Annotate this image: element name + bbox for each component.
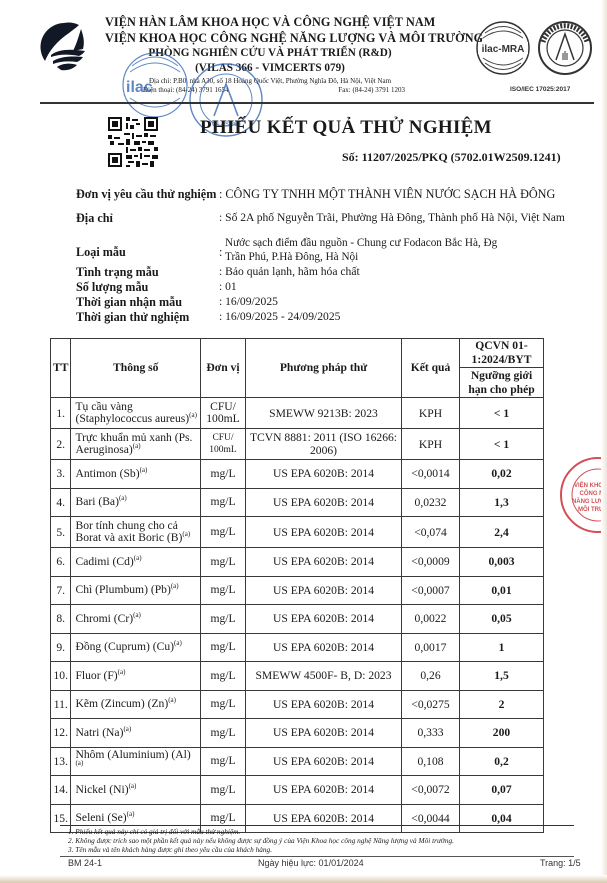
- cell-method-text: TCVN 8881: 2011 (ISO 16266: 2006): [250, 431, 397, 457]
- cell-result: KPH: [402, 398, 460, 429]
- col-header-unit: Đơn vị: [201, 339, 246, 398]
- cell-limit-text: 1,3: [494, 496, 509, 509]
- cell-method: US EPA 6020B: 2014: [246, 690, 402, 719]
- cell-param: Kẽm (Zincum) (Zn)(a): [71, 690, 201, 719]
- cell-result: <0,0014: [402, 460, 460, 489]
- cell-param-text: Chromi (Cr): [75, 612, 133, 625]
- accreditation-mark: (a): [134, 554, 142, 562]
- col-header-method: Phương pháp thử: [246, 339, 402, 398]
- cell-method: US EPA 6020B: 2014: [246, 548, 402, 577]
- cell-unit: mg/L: [201, 460, 246, 489]
- accreditation-mark: (a): [123, 725, 131, 733]
- cell-tt-text: 4.: [56, 496, 65, 509]
- cell-tt-text: 1.: [56, 407, 65, 420]
- footnote-1: 1. Phiếu kết quả này chỉ có giá trị đối …: [68, 827, 454, 836]
- cell-method-text: US EPA 6020B: 2014: [273, 526, 374, 539]
- cell-method: US EPA 6020B: 2014: [246, 633, 402, 662]
- report-number: Số: 11207/2025/PKQ (5702.01W2509.1241): [342, 150, 561, 165]
- cell-limit: 2: [460, 690, 544, 719]
- cell-method: US EPA 6020B: 2014: [246, 460, 402, 489]
- cell-result: 0,108: [402, 747, 460, 776]
- table-row: 7.Chì (Plumbum) (Pb)(a)mg/LUS EPA 6020B:…: [51, 576, 544, 605]
- cell-param-text: Cadimi (Cd): [75, 555, 133, 568]
- table-row: 2.Trực khuẩn mủ xanh (Ps. Aeruginosa)(a)…: [51, 429, 544, 460]
- accreditation-mark: (a): [189, 411, 197, 419]
- cell-limit: < 1: [460, 398, 544, 429]
- condition-value: : Bảo quản lạnh, hãm hóa chất: [219, 265, 360, 278]
- table-row: 4.Bari (Ba)(a)mg/LUS EPA 6020B: 20140,02…: [51, 488, 544, 517]
- cell-tt: 1.: [51, 398, 71, 429]
- cell-param: Cadimi (Cd)(a): [71, 548, 201, 577]
- cell-result: 0,333: [402, 719, 460, 748]
- cell-method-text: US EPA 6020B: 2014: [273, 698, 374, 711]
- cell-unit: mg/L: [201, 605, 246, 634]
- cell-limit-text: 2: [499, 698, 505, 711]
- cell-limit: 1: [460, 633, 544, 662]
- cell-unit: mg/L: [201, 488, 246, 517]
- cell-unit: CFU/ 100mL: [201, 429, 246, 460]
- cell-unit: mg/L: [201, 517, 246, 548]
- form-code: BM 24-1: [68, 858, 102, 868]
- cell-method-text: US EPA 6020B: 2014: [273, 755, 374, 768]
- cell-unit-text: mg/L: [210, 640, 235, 653]
- institute-logo-icon: [39, 21, 89, 73]
- col-header-tt: TT: [51, 339, 71, 398]
- cell-result: <0,0007: [402, 576, 460, 605]
- footer-divider: [60, 825, 574, 826]
- cell-unit: mg/L: [201, 690, 246, 719]
- cell-limit: 0,003: [460, 548, 544, 577]
- cell-limit-text: 1,5: [494, 669, 509, 682]
- cell-result-text: <0,0072: [411, 783, 449, 796]
- cell-tt-text: 7.: [56, 584, 65, 597]
- cell-param-text: Tụ cầu vàng (Staphylococcus aureus): [75, 400, 189, 426]
- svg-text:ilac: ilac: [126, 79, 153, 96]
- cell-tt-text: 10.: [53, 669, 68, 682]
- page-edge-shadow: [601, 0, 607, 883]
- cell-method: SMEWW 4500F- B, D: 2023: [246, 662, 402, 691]
- cell-param: Bor tính chung cho cả Borat và axit Bori…: [71, 517, 201, 548]
- page-number: Trang: 1/5: [540, 858, 581, 868]
- cell-tt-text: 11.: [54, 698, 68, 711]
- institute-red-stamp-icon: VIỆN KHOA HỌC CÔNG NGHỆ NĂNG LƯỢNG VÀ MÔ…: [558, 455, 607, 535]
- cell-tt: 6.: [51, 548, 71, 577]
- cell-limit-text: < 1: [494, 438, 509, 451]
- cell-unit-text: mg/L: [210, 525, 235, 538]
- cell-limit: 0,04: [460, 804, 544, 833]
- results-body: 1.Tụ cầu vàng (Staphylococcus aureus)(a)…: [51, 398, 544, 833]
- col-header-param: Thông số: [71, 339, 201, 398]
- requester-label: Đơn vị yêu cầu thử nghiệm: [76, 187, 216, 202]
- cell-result-text: <0,0009: [411, 555, 449, 568]
- cell-limit-text: 0,02: [491, 467, 511, 480]
- cell-unit-text: mg/L: [210, 495, 235, 508]
- address-label: Địa chỉ: [76, 211, 113, 226]
- cell-result-text: <0,0275: [411, 698, 449, 711]
- test-time-label: Thời gian thử nghiệm: [76, 310, 189, 325]
- iso-standard-label: ISO/IEC 17025:2017: [510, 86, 570, 93]
- sample-type-label: Loại mẫu: [76, 245, 126, 260]
- cell-tt-text: 6.: [56, 555, 65, 568]
- cell-limit-text: 0,05: [491, 612, 511, 625]
- test-time-value: : 16/09/2025 - 24/09/2025: [219, 310, 340, 323]
- cell-limit: 1,5: [460, 662, 544, 691]
- cell-limit-text: < 1: [494, 407, 509, 420]
- cell-unit: mg/L: [201, 662, 246, 691]
- cell-method: US EPA 6020B: 2014: [246, 488, 402, 517]
- cell-result: 0,0017: [402, 633, 460, 662]
- cell-method: US EPA 6020B: 2014: [246, 517, 402, 548]
- cell-limit: 0,2: [460, 747, 544, 776]
- accreditation-mark: (a): [140, 466, 148, 474]
- cell-tt: 4.: [51, 488, 71, 517]
- cell-method-text: SMEWW 4500F- B, D: 2023: [255, 669, 391, 682]
- cell-method-text: US EPA 6020B: 2014: [273, 496, 374, 509]
- cell-limit-text: 0,2: [494, 755, 509, 768]
- cell-method: US EPA 6020B: 2014: [246, 605, 402, 634]
- cell-tt: 10.: [51, 662, 71, 691]
- cell-param: Nickel (Ni)(a): [71, 776, 201, 805]
- cell-result: 0,0232: [402, 488, 460, 517]
- document-title: PHIẾU KẾT QUẢ THỬ NGHIỆM: [200, 117, 492, 139]
- received-value: : 16/09/2025: [219, 295, 278, 308]
- cell-limit: 2,4: [460, 517, 544, 548]
- cell-unit: mg/L: [201, 776, 246, 805]
- table-row: 3.Antimon (Sb)(a)mg/LUS EPA 6020B: 2014<…: [51, 460, 544, 489]
- cell-method-text: US EPA 6020B: 2014: [273, 584, 374, 597]
- cell-unit: mg/L: [201, 548, 246, 577]
- cell-result-text: <0,0014: [411, 467, 449, 480]
- cell-result: <0,0009: [402, 548, 460, 577]
- address-value: : Số 2A phố Nguyễn Trãi, Phường Hà Đông,…: [219, 211, 565, 224]
- sample-type-value: Nước sạch điểm đầu nguồn - Chung cư Foda…: [225, 236, 515, 264]
- cell-param: Natri (Na)(a): [71, 719, 201, 748]
- cell-param: Nhôm (Aluminium) (Al)(a): [71, 747, 201, 776]
- cell-result: KPH: [402, 429, 460, 460]
- cell-result-text: 0,0022: [415, 612, 447, 625]
- cell-tt: 7.: [51, 576, 71, 605]
- cell-param-text: Nhôm (Aluminium) (Al): [75, 748, 190, 761]
- cell-tt: 5.: [51, 517, 71, 548]
- cell-method: SMEWW 9213B: 2023: [246, 398, 402, 429]
- header-line-academy: VIỆN HÀN LÂM KHOA HỌC VÀ CÔNG NGHỆ VIỆT …: [105, 14, 435, 30]
- cell-param-text: Antimon (Sb): [75, 467, 139, 480]
- qr-code-icon: [108, 116, 158, 168]
- cell-param-text: Natri (Na): [75, 726, 123, 739]
- cell-param-text: Fluor (F): [75, 669, 117, 682]
- cell-tt: 2.: [51, 429, 71, 460]
- cell-result-text: KPH: [419, 438, 442, 451]
- cell-tt: 11.: [51, 690, 71, 719]
- cell-limit-text: 200: [493, 726, 510, 739]
- cell-method: US EPA 6020B: 2014: [246, 747, 402, 776]
- cell-limit: 0,07: [460, 776, 544, 805]
- cell-tt-text: 14.: [53, 783, 68, 796]
- cell-unit-text: mg/L: [210, 669, 235, 682]
- cell-tt: 13.: [51, 747, 71, 776]
- cell-limit-text: 2,4: [494, 526, 509, 539]
- received-label: Thời gian nhận mẫu: [76, 295, 182, 310]
- cell-result: <0,0275: [402, 690, 460, 719]
- cell-param: Bari (Ba)(a): [71, 488, 201, 517]
- cell-limit: 0,01: [460, 576, 544, 605]
- requester-value: : CÔNG TY TNHH MỘT THÀNH VIÊN NƯỚC SẠCH …: [219, 187, 555, 202]
- footnote-3: 3. Tên mẫu và tên khách hàng được ghi th…: [68, 845, 454, 854]
- cell-tt-text: 3.: [56, 467, 65, 480]
- cell-param: Tụ cầu vàng (Staphylococcus aureus)(a): [71, 398, 201, 429]
- cell-unit: mg/L: [201, 719, 246, 748]
- cell-param-text: Seleni (Se): [75, 811, 126, 824]
- header-divider: [40, 102, 594, 104]
- ilac-mra-logo-icon: ilac-MRA: [475, 20, 531, 76]
- cell-limit-text: 0,003: [488, 555, 514, 568]
- accreditation-mark: (a): [127, 810, 135, 818]
- cell-unit-text: mg/L: [210, 811, 235, 824]
- cell-method-text: US EPA 6020B: 2014: [273, 812, 374, 825]
- cell-param: Đồng (Cuprum) (Cu)(a): [71, 633, 201, 662]
- cell-unit: CFU/ 100mL: [201, 398, 246, 429]
- accreditation-mark: (a): [75, 759, 83, 767]
- header-fax: Fax: (84-24) 3791 1203: [338, 86, 405, 95]
- cell-unit-text: CFU/ 100mL: [209, 433, 236, 455]
- cell-unit: mg/L: [201, 747, 246, 776]
- cell-unit-text: mg/L: [210, 783, 235, 796]
- table-row: 10.Fluor (F)(a)mg/LSMEWW 4500F- B, D: 20…: [51, 662, 544, 691]
- cell-result-text: 0,108: [417, 755, 443, 768]
- cell-unit-text: mg/L: [210, 754, 235, 767]
- accreditation-mark: (a): [182, 530, 190, 538]
- cell-unit-text: CFU/ 100mL: [206, 400, 240, 425]
- cell-param-text: Nickel (Ni): [75, 783, 128, 796]
- accreditation-mark: (a): [171, 582, 179, 590]
- cell-param: Antimon (Sb)(a): [71, 460, 201, 489]
- header-line-institute: VIỆN KHOA HỌC CÔNG NGHỆ NĂNG LƯỢNG VÀ MÔ…: [105, 30, 435, 46]
- cell-result-text: KPH: [419, 407, 442, 420]
- cell-unit-text: mg/L: [210, 697, 235, 710]
- accreditation-mark: (a): [133, 611, 141, 619]
- cell-result: <0,0072: [402, 776, 460, 805]
- cell-param-text: Bari (Ba): [75, 495, 118, 508]
- accreditation-mark: (a): [118, 668, 126, 676]
- cell-limit-text: 0,07: [491, 783, 511, 796]
- cell-tt-text: 9.: [56, 641, 65, 654]
- cell-tt-text: 12.: [53, 726, 68, 739]
- cell-param-text: Đồng (Cuprum) (Cu): [75, 640, 174, 653]
- cell-unit-text: mg/L: [210, 726, 235, 739]
- cell-method-text: US EPA 6020B: 2014: [273, 726, 374, 739]
- accreditation-mark: (a): [174, 639, 182, 647]
- table-row: 5.Bor tính chung cho cả Borat và axit Bo…: [51, 517, 544, 548]
- cell-unit: mg/L: [201, 576, 246, 605]
- col-header-limit: Ngưỡng giới hạn cho phép: [460, 368, 544, 398]
- cell-result-text: 0,26: [420, 669, 440, 682]
- cell-result-text: <0,0007: [411, 584, 449, 597]
- cell-tt: 9.: [51, 633, 71, 662]
- cell-param-text: Bor tính chung cho cả Borat và axit Bori…: [75, 519, 182, 545]
- cell-result: 0,0022: [402, 605, 460, 634]
- cell-tt-text: 13.: [53, 755, 68, 768]
- cell-tt: 3.: [51, 460, 71, 489]
- table-row: 11.Kẽm (Zincum) (Zn)(a)mg/LUS EPA 6020B:…: [51, 690, 544, 719]
- cell-method-text: US EPA 6020B: 2014: [273, 555, 374, 568]
- bureau-of-accreditation-logo-icon: [537, 20, 593, 76]
- col-header-result: Kết quả: [402, 339, 460, 398]
- svg-text:ilac-MRA: ilac-MRA: [482, 44, 525, 55]
- cell-limit-text: 1: [499, 641, 505, 654]
- cell-method: US EPA 6020B: 2014: [246, 719, 402, 748]
- cell-method-text: US EPA 6020B: 2014: [273, 641, 374, 654]
- cell-result-text: <0,074: [414, 526, 447, 539]
- cell-tt-text: 15.: [53, 812, 68, 825]
- table-row: 14.Nickel (Ni)(a)mg/LUS EPA 6020B: 2014<…: [51, 776, 544, 805]
- table-row: 8.Chromi (Cr)(a)mg/LUS EPA 6020B: 20140,…: [51, 605, 544, 634]
- cell-limit: < 1: [460, 429, 544, 460]
- accreditation-mark: (a): [129, 782, 137, 790]
- cell-result-text: <0,0044: [411, 812, 449, 825]
- cell-limit-text: 0,04: [491, 812, 511, 825]
- cell-limit: 200: [460, 719, 544, 748]
- cell-result-text: 0,333: [417, 726, 443, 739]
- cell-result: 0,26: [402, 662, 460, 691]
- col-header-standard: QCVN 01-1:2024/BYT: [460, 339, 544, 368]
- cell-param: Fluor (F)(a): [71, 662, 201, 691]
- cell-method: TCVN 8881: 2011 (ISO 16266: 2006): [246, 429, 402, 460]
- cell-method-text: US EPA 6020B: 2014: [273, 612, 374, 625]
- cell-param: Chì (Plumbum) (Pb)(a): [71, 576, 201, 605]
- footer-divider-bottom: [60, 856, 574, 857]
- footnotes: 1. Phiếu kết quả này chỉ có giá trị đối …: [68, 827, 454, 855]
- cell-method-text: US EPA 6020B: 2014: [273, 467, 374, 480]
- cell-result: <0,074: [402, 517, 460, 548]
- ilac-stamp-icon: ilac: [120, 50, 190, 120]
- cell-param-text: Chì (Plumbum) (Pb): [75, 583, 170, 596]
- cell-method-text: US EPA 6020B: 2014: [273, 783, 374, 796]
- cell-limit: 1,3: [460, 488, 544, 517]
- cell-method: US EPA 6020B: 2014: [246, 776, 402, 805]
- cell-method: US EPA 6020B: 2014: [246, 576, 402, 605]
- table-row: 12.Natri (Na)(a)mg/LUS EPA 6020B: 20140,…: [51, 719, 544, 748]
- cell-param-text: Kẽm (Zincum) (Zn): [75, 697, 168, 710]
- quantity-label: Số lượng mẫu: [76, 280, 148, 295]
- cell-unit-text: mg/L: [210, 555, 235, 568]
- quantity-value: : 01: [219, 280, 237, 293]
- cell-param: Trực khuẩn mủ xanh (Ps. Aeruginosa)(a): [71, 429, 201, 460]
- results-table: TT Thông số Đơn vị Phương pháp thử Kết q…: [50, 338, 544, 833]
- cell-tt-text: 5.: [56, 526, 65, 539]
- cell-result-text: 0,0232: [415, 496, 447, 509]
- cell-unit-text: mg/L: [210, 612, 235, 625]
- condition-label: Tình trạng mẫu: [76, 265, 159, 280]
- cell-tt: 12.: [51, 719, 71, 748]
- cell-limit: 0,05: [460, 605, 544, 634]
- cell-tt: 8.: [51, 605, 71, 634]
- footnote-2: 2. Không được trích sao một phần kết quả…: [68, 836, 454, 845]
- cell-param: Chromi (Cr)(a): [71, 605, 201, 634]
- cell-tt: 14.: [51, 776, 71, 805]
- accreditation-mark: (a): [133, 442, 141, 450]
- table-row: 1.Tụ cầu vàng (Staphylococcus aureus)(a)…: [51, 398, 544, 429]
- accreditation-mark: (a): [119, 494, 127, 502]
- sample-type-colon: :: [219, 245, 222, 260]
- cell-tt-text: 2.: [56, 438, 65, 451]
- cell-method-text: SMEWW 9213B: 2023: [269, 407, 378, 420]
- cell-limit-text: 0,01: [491, 584, 511, 597]
- cell-unit-text: mg/L: [210, 583, 235, 596]
- cell-unit-text: mg/L: [210, 467, 235, 480]
- page-bottom-shadow: [0, 875, 607, 883]
- table-row: 9.Đồng (Cuprum) (Cu)(a)mg/LUS EPA 6020B:…: [51, 633, 544, 662]
- table-row: 6.Cadimi (Cd)(a)mg/LUS EPA 6020B: 2014<0…: [51, 548, 544, 577]
- effective-date: Ngày hiệu lực: 01/01/2024: [258, 858, 364, 868]
- cell-tt-text: 8.: [56, 612, 65, 625]
- table-row: 13.Nhôm (Aluminium) (Al)(a)mg/LUS EPA 60…: [51, 747, 544, 776]
- cell-unit: mg/L: [201, 633, 246, 662]
- accreditation-mark: (a): [168, 696, 176, 704]
- cell-result-text: 0,0017: [415, 641, 447, 654]
- cell-limit: 0,02: [460, 460, 544, 489]
